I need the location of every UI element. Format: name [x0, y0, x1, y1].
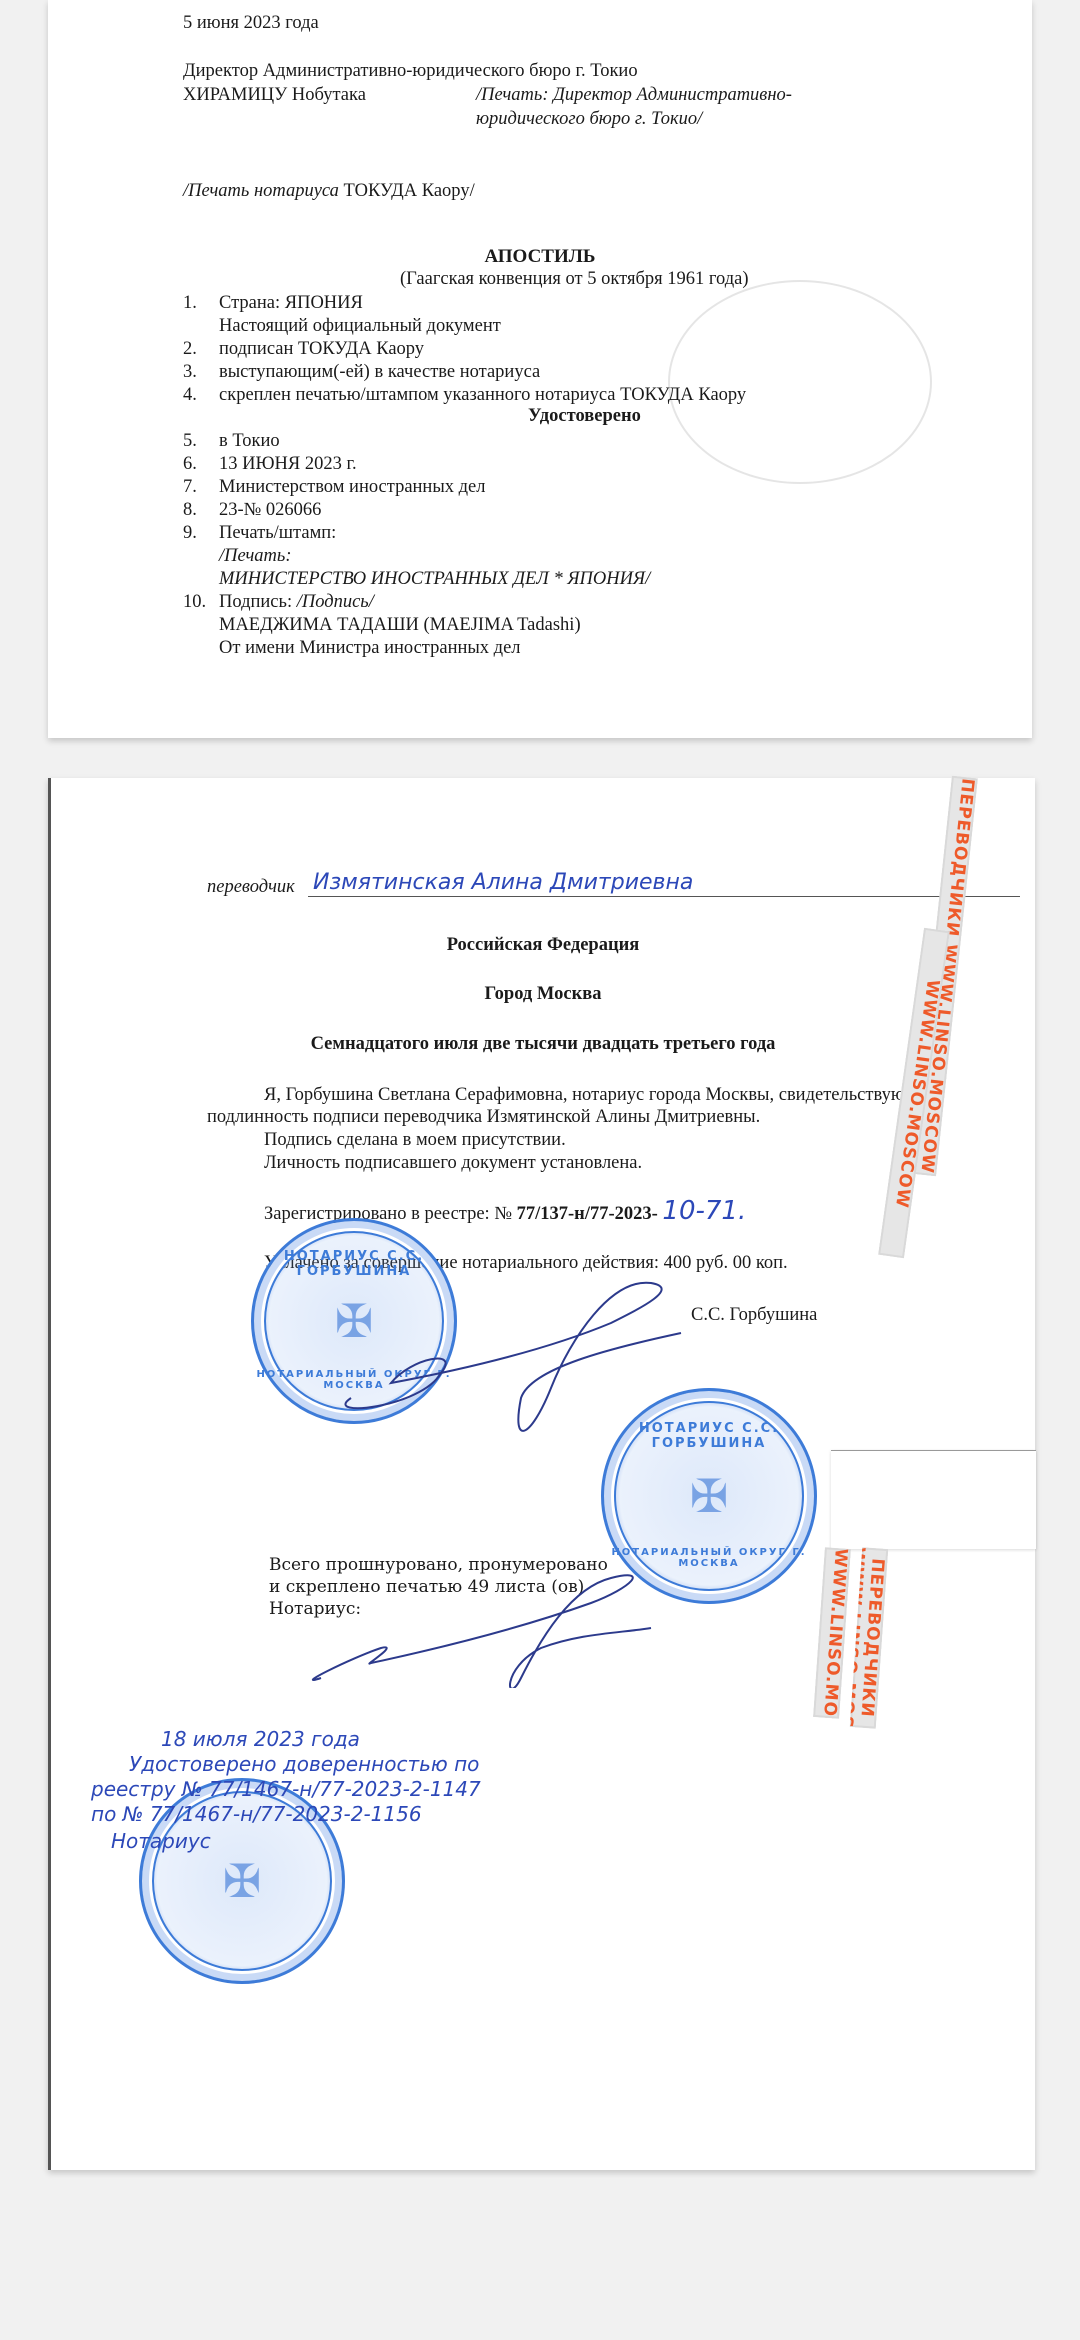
faint-stamp-imprint [668, 280, 932, 484]
binding-ribbon-lower: WWW.LINSO.MOSCOW [813, 1547, 851, 1718]
director-seal-line-2: юридического бюро г. Токио/ [476, 108, 702, 130]
signer-role: От имени Министра иностранных дел [219, 637, 521, 659]
apostille-item-7: 7.Министерством иностранных дел [183, 476, 486, 498]
apostille-item-8: 8.23-№ 026066 [183, 499, 321, 521]
director-seal-line-1: /Печать: Директор Административно- [476, 84, 792, 106]
hand-note-date: 18 июля 2023 года [161, 1728, 360, 1750]
apostille-item-6: 6.13 ИЮНЯ 2023 г. [183, 453, 357, 475]
hand-note-line-4: по № 77/1467-н/77-2023-2-1156 [91, 1803, 422, 1825]
folded-flap [831, 1450, 1036, 1549]
certified-heading: Удостоверено [528, 405, 641, 427]
binding-ribbon-lower-2: ПЕРЕВОДЧИКИ WWW.LINSO.MOSCOW [850, 1547, 888, 1728]
signer-name: МАЕДЖИМА ТАДАШИ (MAEJIMA Tadashi) [219, 614, 581, 636]
notary-seal-name: ТОКУДА Каору/ [344, 181, 475, 201]
registry-handwritten: 10-71. [662, 1196, 746, 1226]
apostille-item-1b: Настоящий официальный документ [183, 315, 501, 337]
notary-statement-line-2: подлинность подписи переводчика Измятинс… [207, 1106, 760, 1128]
apostille-item-3: 3.выступающим(-ей) в качестве нотариуса [183, 361, 540, 383]
notary-statement-line-1: Я, Горбушина Светлана Серафимовна, нотар… [264, 1084, 905, 1106]
hand-note-line-3: реестру № 77/1467-н/77-2023-2-1147 [91, 1778, 481, 1800]
document-page-1: 5 июня 2023 года Директор Административн… [48, 0, 1032, 738]
document-date: 5 июня 2023 года [183, 12, 319, 34]
apostille-item-2: 2.подписан ТОКУДА Каору [183, 338, 424, 360]
translator-label: переводчик [207, 876, 295, 898]
apostille-title: АПОСТИЛЬ [48, 246, 1032, 268]
apostille-item-10: 10.Подпись: /Подпись/ [183, 591, 374, 613]
coat-of-arms-icon: ✠ [223, 1854, 262, 1908]
ministry-seal-text: МИНИСТЕРСТВО ИНОСТРАННЫХ ДЕЛ * ЯПОНИЯ/ [219, 568, 650, 590]
director-name: ХИРАМИЦУ Нобутака [183, 84, 366, 106]
notary-seal-line: /Печать нотариуса ТОКУДА Каору/ [183, 180, 475, 202]
translator-signature: Измятинская Алина Дмитриевна [313, 872, 693, 894]
hand-note-notary: Нотариус [111, 1830, 211, 1852]
city-heading: Город Москва [51, 983, 1035, 1005]
binding-signature-scribble [291, 1558, 661, 1688]
date-in-words: Семнадцатого июля две тысячи двадцать тр… [51, 1033, 1035, 1055]
notary-seal-label: /Печать нотариуса [183, 181, 339, 201]
director-title: Директор Административно-юридического бю… [183, 60, 638, 82]
coat-of-arms-icon: ✠ [690, 1469, 729, 1523]
translator-signature-line [308, 896, 1020, 897]
hand-note-line-2: Удостоверено доверенностью по [129, 1753, 479, 1775]
apostille-item-1: 1.Страна: ЯПОНИЯ [183, 292, 363, 314]
apostille-subtitle: (Гаагская конвенция от 5 октября 1961 го… [400, 268, 749, 290]
apostille-item-5: 5.в Токио [183, 430, 280, 452]
notary-name-signature: С.С. Горбушина [691, 1304, 817, 1326]
ministry-seal-label: /Печать: [219, 545, 291, 567]
country-heading: Российская Федерация [51, 934, 1035, 956]
document-page-2: переводчик Измятинская Алина Дмитриевна … [48, 778, 1035, 2170]
registry-number: 77/137-н/77-2023- [517, 1204, 658, 1224]
identity-statement: Личность подписавшего документ установле… [264, 1152, 642, 1174]
presence-statement: Подпись сделана в моем присутствии. [264, 1129, 566, 1151]
apostille-item-4: 4.скреплен печатью/штампом указанного но… [183, 384, 746, 406]
apostille-item-9: 9.Печать/штамп: [183, 522, 336, 544]
